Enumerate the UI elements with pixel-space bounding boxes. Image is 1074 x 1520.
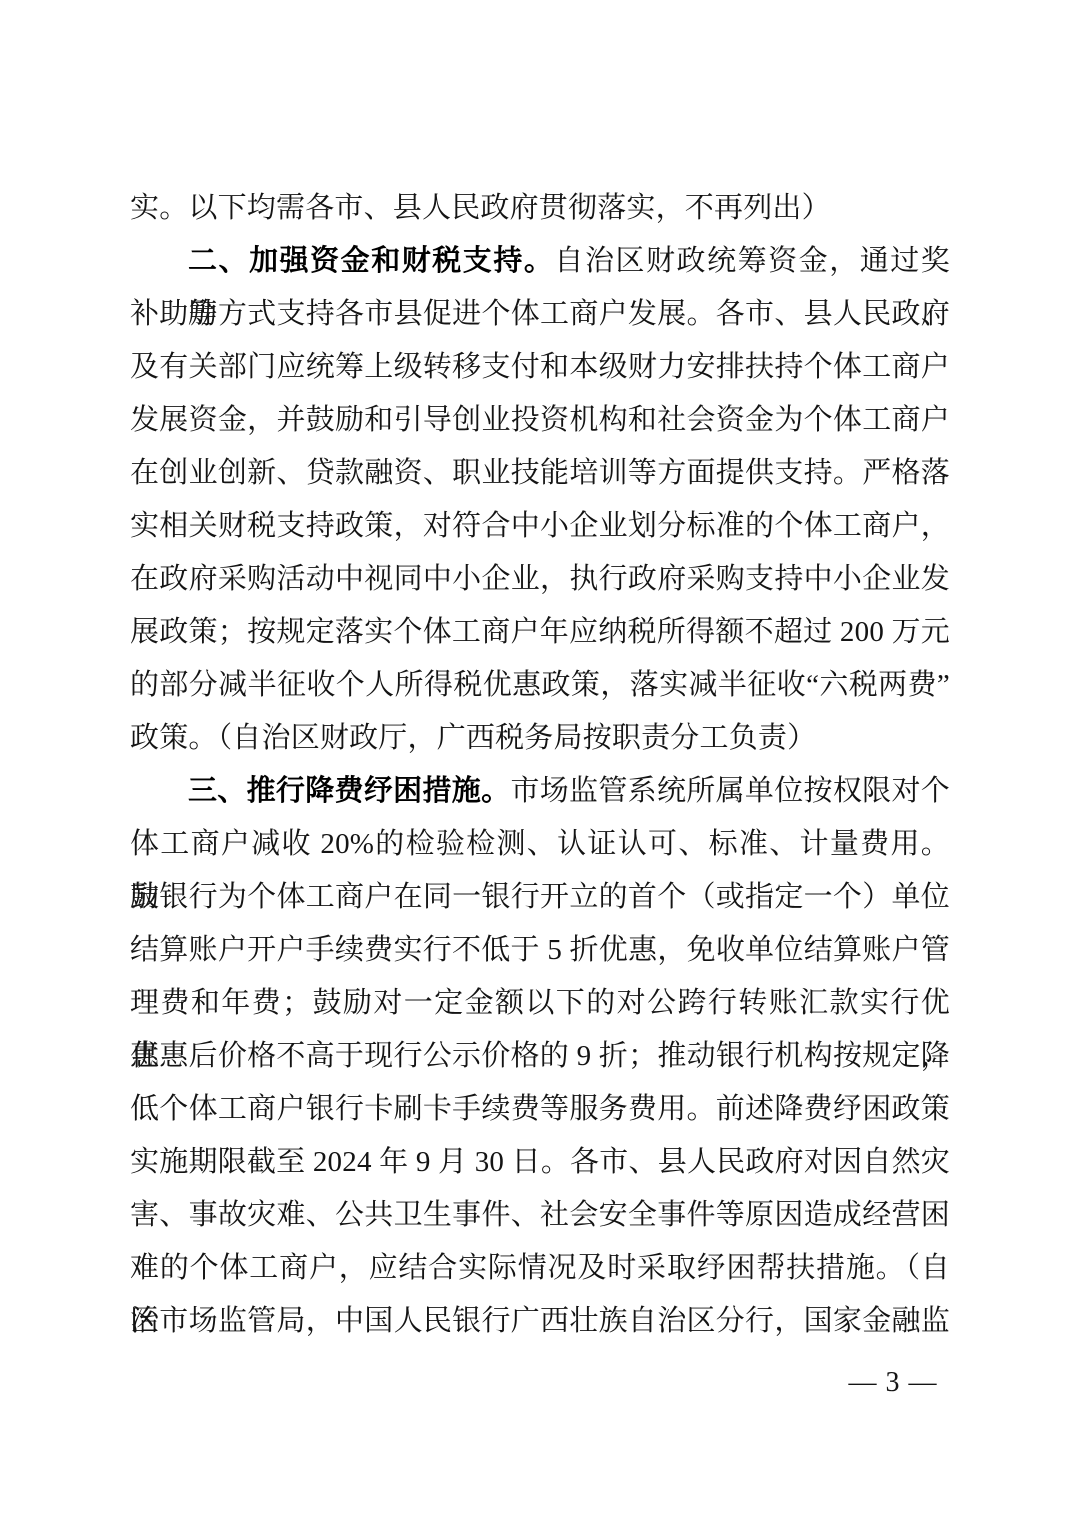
text-line: 展政策；按规定落实个体工商户年应纳税所得额不超过 200 万元: [130, 606, 950, 659]
text-line: 优惠后价格不高于现行公示价格的 9 折；推动银行机构按规定降: [130, 1030, 950, 1083]
body-text: 补助等方式支持各市县促进个体工商户发展。各市、县人民政府: [130, 298, 950, 330]
body-text: 低个体工商户银行卡刷卡手续费等服务费用。前述降费纾困政策: [130, 1093, 950, 1125]
body-text: 实相关财税支持政策，对符合中小企业划分标准的个体工商户，: [130, 510, 950, 542]
body-text: 的部分减半征收个人所得税优惠政策，落实减半征收“六税两费”: [130, 669, 950, 701]
text-line: 补助等方式支持各市县促进个体工商户发展。各市、县人民政府: [130, 288, 950, 341]
text-line: 结算账户开户手续费实行不低于 5 折优惠，免收单位结算账户管: [130, 924, 950, 977]
body-text: 及有关部门应统筹上级转移支付和本级财力安排扶持个体工商户: [130, 351, 950, 383]
text-line: 在政府采购活动中视同中小企业，执行政府采购支持中小企业发: [130, 553, 950, 606]
document-body: 实。以下均需各市、县人民政府贯彻落实，不再列出）二、加强资金和财税支持。自治区财…: [130, 182, 950, 1348]
text-line: 励银行为个体工商户在同一银行开立的首个（或指定一个）单位: [130, 871, 950, 924]
body-text: 实。以下均需各市、县人民政府贯彻落实，不再列出）: [130, 192, 831, 224]
text-line: 理费和年费；鼓励对一定金额以下的对公跨行转账汇款实行优惠，: [130, 977, 950, 1030]
text-line: 低个体工商户银行卡刷卡手续费等服务费用。前述降费纾困政策: [130, 1083, 950, 1136]
body-text: 实施期限截至 2024 年 9 月 30 日。各市、县人民政府对因自然灾: [130, 1146, 950, 1178]
body-text: 政策。（自治区财政厅，广西税务局按职责分工负责）: [130, 722, 816, 754]
text-line: 难的个体工商户，应结合实际情况及时采取纾困帮扶措施。（自治: [130, 1242, 950, 1295]
text-line: 的部分减半征收个人所得税优惠政策，落实减半征收“六税两费”: [130, 659, 950, 712]
text-line: 实相关财税支持政策，对符合中小企业划分标准的个体工商户，: [130, 500, 950, 553]
body-text: 优惠后价格不高于现行公示价格的 9 折；推动银行机构按规定降: [130, 1040, 950, 1072]
body-text: 展政策；按规定落实个体工商户年应纳税所得额不超过 200 万元: [130, 616, 950, 648]
body-text: 励银行为个体工商户在同一银行开立的首个（或指定一个）单位: [130, 881, 950, 913]
section-heading: 三、推行降费纾困措施。: [188, 775, 510, 807]
body-text: 结算账户开户手续费实行不低于 5 折优惠，免收单位结算账户管: [130, 934, 950, 966]
text-line: 体工商户减收 20%的检验检测、认证认可、标准、计量费用。鼓: [130, 818, 950, 871]
text-line: 实施期限截至 2024 年 9 月 30 日。各市、县人民政府对因自然灾: [130, 1136, 950, 1189]
body-text: 市场监管系统所属单位按权限对个: [510, 775, 950, 807]
text-line: 在创业创新、贷款融资、职业技能培训等方面提供支持。严格落: [130, 447, 950, 500]
text-line: 及有关部门应统筹上级转移支付和本级财力安排扶持个体工商户: [130, 341, 950, 394]
page-number: — 3 —: [828, 1362, 958, 1404]
body-text: 发展资金，并鼓励和引导创业投资机构和社会资金为个体工商户: [130, 404, 950, 436]
text-line: 害、事故灾难、公共卫生事件、社会安全事件等原因造成经营困: [130, 1189, 950, 1242]
text-line: 政策。（自治区财政厅，广西税务局按职责分工负责）: [130, 712, 950, 765]
text-line: 区市场监管局，中国人民银行广西壮族自治区分行，国家金融监: [130, 1295, 950, 1348]
body-text: 在政府采购活动中视同中小企业，执行政府采购支持中小企业发: [130, 563, 950, 595]
text-line: 二、加强资金和财税支持。自治区财政统筹资金，通过奖励、: [130, 235, 950, 288]
text-line: 发展资金，并鼓励和引导创业投资机构和社会资金为个体工商户: [130, 394, 950, 447]
text-line: 实。以下均需各市、县人民政府贯彻落实，不再列出）: [130, 182, 950, 235]
document-page: 实。以下均需各市、县人民政府贯彻落实，不再列出）二、加强资金和财税支持。自治区财…: [0, 0, 1074, 1520]
text-line: 三、推行降费纾困措施。市场监管系统所属单位按权限对个: [130, 765, 950, 818]
body-text: 害、事故灾难、公共卫生事件、社会安全事件等原因造成经营困: [130, 1199, 950, 1231]
section-heading: 二、加强资金和财税支持。: [188, 245, 554, 277]
body-text: 区市场监管局，中国人民银行广西壮族自治区分行，国家金融监: [130, 1305, 950, 1337]
body-text: 在创业创新、贷款融资、职业技能培训等方面提供支持。严格落: [130, 457, 950, 489]
